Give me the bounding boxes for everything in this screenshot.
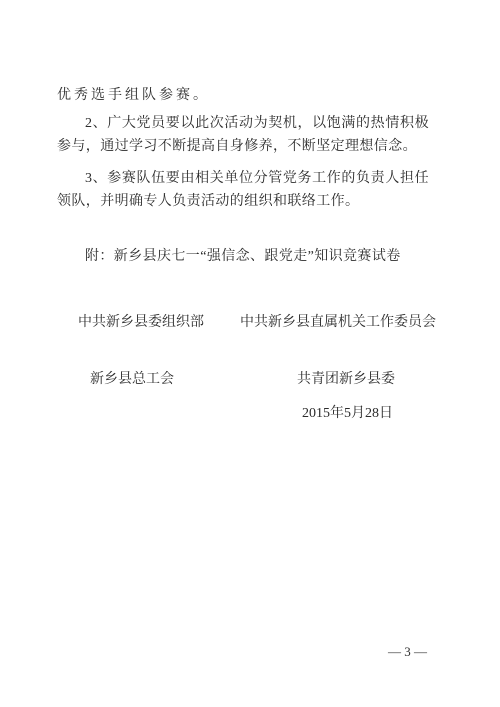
document-date: 2015年5月28日 [302, 402, 393, 425]
signature-org-party-organization-dept: 中共新乡县委组织部 [78, 311, 204, 334]
signature-org-communist-youth-league: 共青团新乡县委 [297, 368, 395, 391]
document-page: 优秀选手组队参赛。 2、广大党员要以此次活动为契机，以饱满的热情积极参与，通过学… [0, 0, 500, 707]
signature-org-directly-affiliated-work-committee: 中共新乡县直属机关工作委员会 [240, 311, 436, 334]
signature-org-federation-of-trade-unions: 新乡县总工会 [90, 368, 174, 391]
body-paragraph-2: 2、广大党员要以此次活动为契机，以饱满的热情积极参与，通过学习不断提高自身修养，… [57, 112, 429, 158]
paragraph-continuation-line: 优秀选手组队参赛。 [57, 84, 210, 107]
attachment-line: 附：新乡县庆七一“强信念、跟党走”知识竞赛试卷 [57, 245, 457, 268]
page-number: — 3 — [388, 640, 427, 663]
body-paragraph-3: 3、参赛队伍要由相关单位分管党务工作的负责人担任领队，并明确专人负责活动的组织和… [57, 167, 429, 213]
